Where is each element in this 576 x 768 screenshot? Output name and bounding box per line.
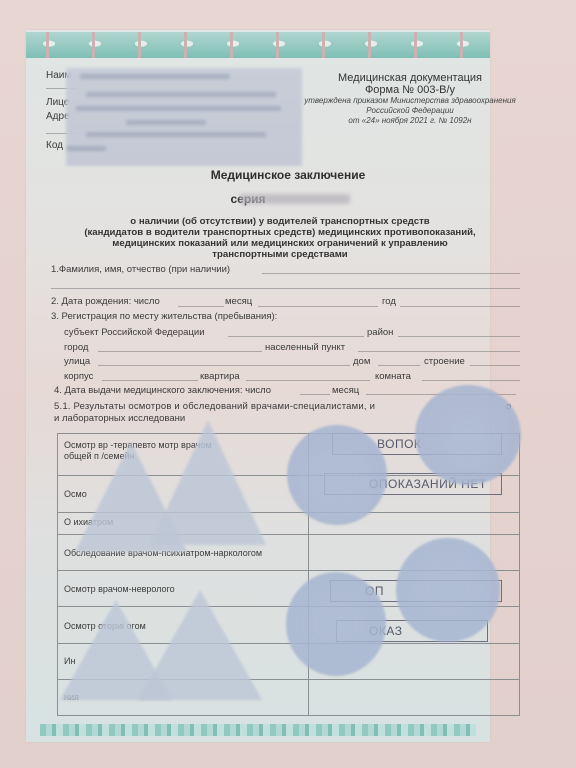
issue-month-label: месяц: [332, 385, 359, 396]
building-label: строение: [424, 356, 465, 367]
document-title: Медицинское заключение: [0, 168, 576, 182]
form-number: Форма № 003-В/у: [300, 84, 520, 96]
subject-line[interactable]: [228, 336, 364, 337]
redacted-series: [240, 194, 350, 204]
room-label: комната: [375, 371, 411, 382]
round-seal: [415, 385, 521, 485]
subtitle-line: транспортными средствами: [40, 249, 520, 260]
code-label: Код: [46, 140, 63, 151]
form-header: Медицинская документация Форма № 003-В/у…: [300, 72, 520, 126]
subtitle-line: (кандидатов в водители транспортных сред…: [40, 227, 520, 238]
round-seal: [286, 572, 386, 676]
subtitle-line: медицинских показаний или медицинских ог…: [40, 238, 520, 249]
field-fullname-line-2[interactable]: [51, 288, 520, 289]
apartment-line[interactable]: [246, 380, 370, 381]
redacted-org-info: [66, 68, 302, 166]
street-line[interactable]: [98, 365, 350, 366]
triangle-stamp: [138, 590, 262, 700]
subtitle-line: о наличии (об отсутствии) у водителей тр…: [40, 216, 520, 227]
district-line[interactable]: [398, 336, 520, 337]
birth-year-line[interactable]: [400, 306, 520, 307]
issue-date-label: 4. Дата выдачи медицинского заключения: …: [54, 385, 271, 396]
field-fullname-label: 1.Фамилия, имя, отчество (при наличии): [51, 264, 230, 275]
form-approval-date: от «24» ноября 2021 г. № 1092н: [300, 116, 520, 126]
house-label: дом: [353, 356, 370, 367]
field-registration-label: 3. Регистрация по месту жительства (преб…: [51, 311, 277, 322]
city-line[interactable]: [98, 351, 262, 352]
field-birthdate-label: 2. Дата рождения: число: [51, 296, 160, 307]
block-line[interactable]: [102, 380, 198, 381]
birth-day-line[interactable]: [178, 306, 224, 307]
decorative-border-bottom: [40, 724, 476, 736]
birth-month-line[interactable]: [258, 306, 378, 307]
subject-label: субъект Российской Федерации: [64, 327, 205, 338]
building-line[interactable]: [470, 365, 520, 366]
locality-line[interactable]: [358, 351, 520, 352]
birth-year-label: год: [382, 296, 396, 307]
form-approval-country: Российской Федерации: [300, 106, 520, 116]
block-label: корпус: [64, 371, 93, 382]
birth-month-label: месяц: [225, 296, 252, 307]
apartment-label: квартира: [200, 371, 240, 382]
issue-day-line[interactable]: [300, 394, 330, 395]
house-line[interactable]: [378, 365, 420, 366]
document-subtitle: о наличии (об отсутствии) у водителей тр…: [40, 216, 520, 260]
street-label: улица: [64, 356, 90, 367]
city-label: город: [64, 342, 88, 353]
form-doc-type: Медицинская документация: [300, 72, 520, 84]
district-label: район: [367, 327, 393, 338]
locality-label: населенный пункт: [265, 342, 345, 353]
form-approval: утверждена приказом Министерства здравоо…: [300, 96, 520, 106]
room-line[interactable]: [422, 380, 520, 381]
decorative-border-top: [26, 32, 490, 58]
round-seal: [396, 538, 500, 642]
field-fullname-line[interactable]: [262, 273, 520, 274]
results-heading: 5.1. Результаты осмотров и обследований …: [54, 401, 375, 412]
round-seal: [287, 425, 387, 525]
triangle-stamp: [150, 420, 266, 545]
